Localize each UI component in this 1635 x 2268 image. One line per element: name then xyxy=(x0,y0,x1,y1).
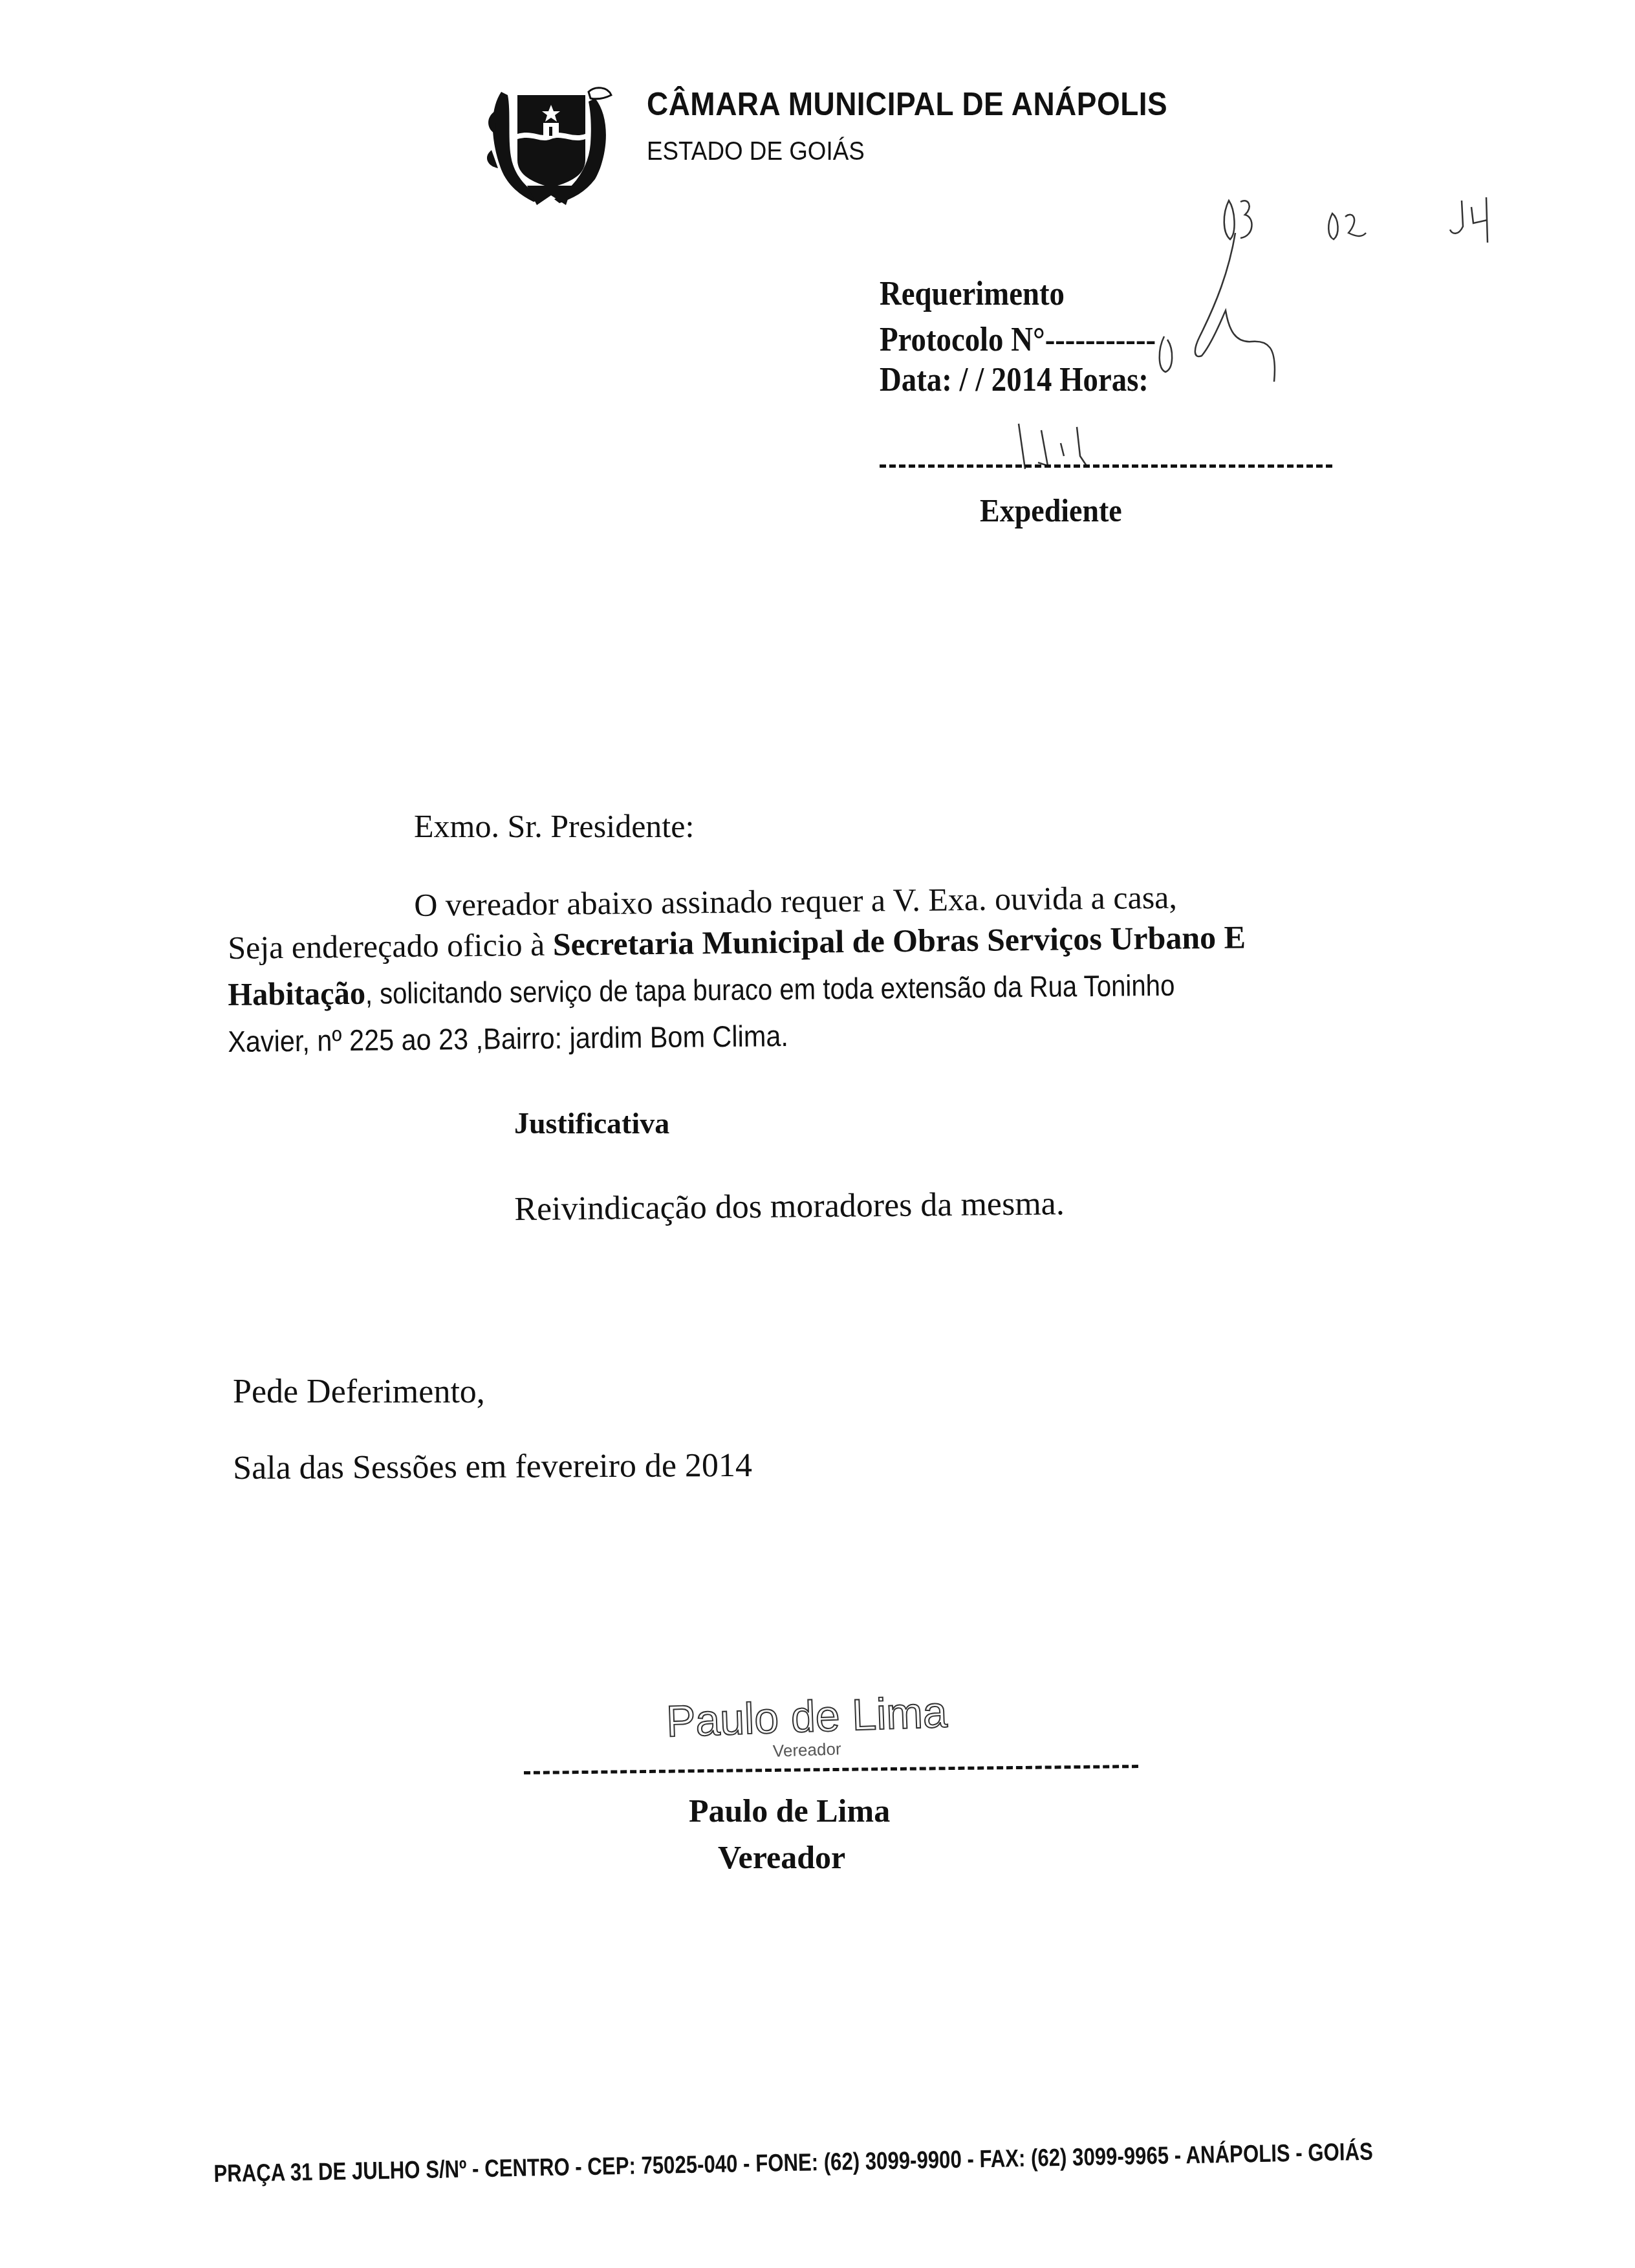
signature-stamp: Paulo de Lima xyxy=(666,1686,948,1747)
expediente-label: Expediente xyxy=(980,492,1122,529)
footer-address: PRAÇA 31 DE JULHO S/Nº - CENTRO - CEP: 7… xyxy=(213,2139,1373,2188)
justification-heading: Justificativa xyxy=(514,1106,669,1140)
signer-name: Paulo de Lima xyxy=(689,1792,890,1829)
request-intro: O vereador abaixo assinado requer a V. E… xyxy=(414,878,1177,924)
expediente-signature-line xyxy=(880,464,1332,468)
coat-of-arms-icon xyxy=(482,72,621,208)
request-line-2: Habitação, solicitando serviço de tapa b… xyxy=(228,965,1265,1013)
request-line-1: Seja endereçado oficio à Secretaria Muni… xyxy=(228,919,1246,966)
data-horas-field: Data: / / 2014 Horas: xyxy=(880,361,1149,399)
secretaria-name-cont: Habitação xyxy=(228,975,365,1012)
handwritten-protocol-signature xyxy=(1138,233,1300,401)
signer-role: Vereador xyxy=(718,1838,845,1876)
request-line-1-prefix: Seja endereçado oficio à xyxy=(228,926,553,966)
request-line-3: Xavier, nº 225 ao 23 ,Bairro: jardim Bom… xyxy=(228,1016,850,1060)
requerimento-label: Requerimento xyxy=(880,275,1065,313)
protocolo-field: Protocolo N°----------- xyxy=(880,321,1156,359)
closing: Pede Deferimento, xyxy=(233,1373,485,1411)
secretaria-name: Secretaria Municipal de Obras Serviços U… xyxy=(552,919,1246,963)
place-date: Sala das Sessões em fevereiro de 2014 xyxy=(233,1446,752,1487)
signature-stamp-role: Vereador xyxy=(772,1739,841,1761)
institution-state: ESTADO DE GOIÁS xyxy=(647,137,865,166)
signature-line xyxy=(524,1765,1138,1774)
justification-text: Reivindicação dos moradores da mesma. xyxy=(514,1184,1065,1228)
salutation: Exmo. Sr. Presidente: xyxy=(414,807,694,845)
institution-name: CÂMARA MUNICIPAL DE ANÁPOLIS xyxy=(647,85,1167,123)
request-line-2-rest: , solicitando serviço de tapa buraco em … xyxy=(365,968,1175,1011)
address-text: Xavier, nº 225 ao 23 ,Bairro: jardim Bom… xyxy=(228,1018,788,1059)
